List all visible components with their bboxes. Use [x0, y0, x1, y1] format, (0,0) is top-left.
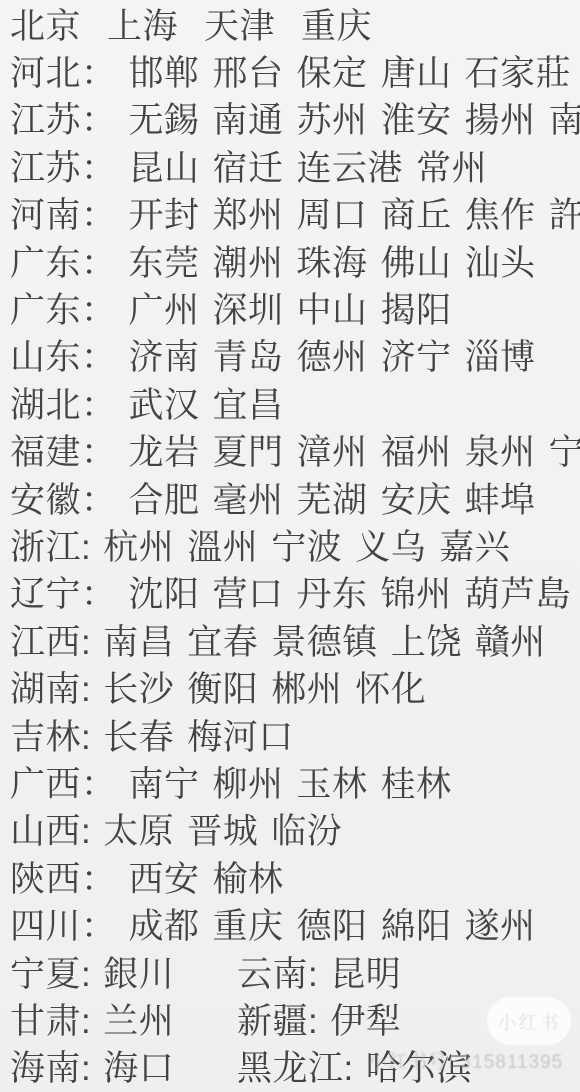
province-label: 海南:: [10, 1041, 91, 1091]
province-label: 江西:: [10, 615, 91, 665]
province-group: 湖北：武汉宜昌: [10, 378, 297, 428]
list-row: 江西:南昌宜春景德镇上饶贛州: [10, 616, 580, 663]
province-label: 辽宁：: [10, 567, 117, 617]
list-row: 四川：成都重庆德阳綿阳遂州: [10, 900, 580, 947]
city-name: 青岛: [213, 330, 284, 380]
city-name: 南通: [213, 93, 284, 143]
city-name: 济宁: [381, 330, 452, 380]
province-group: 辽宁：沈阳营口丹东锦州葫芦島: [10, 567, 580, 617]
city-name: 溫州: [187, 520, 258, 570]
city-name: 宜春: [187, 615, 258, 665]
city-name: 伊犁: [330, 994, 401, 1044]
city-name: 常州: [416, 141, 487, 191]
city-name: 遂州: [465, 899, 536, 949]
city-name: 夏門: [213, 425, 284, 475]
city-name: 保定: [297, 46, 368, 96]
city-name: 安庆: [381, 473, 452, 523]
city-name: 南京: [549, 93, 580, 143]
city-name: 綿阳: [381, 899, 452, 949]
city-name: 长春: [103, 710, 174, 760]
province-group: 河南：开封郑州周口商丘焦作許昌: [10, 188, 580, 238]
province-label: 山西:: [10, 804, 91, 854]
city-name: 佛山: [381, 236, 452, 286]
city-name: 汕头: [465, 236, 536, 286]
city-name: 毫州: [213, 473, 284, 523]
city-name: 揭阳: [381, 283, 452, 333]
city-name: 无錫: [129, 93, 200, 143]
city-name: 昆明: [330, 947, 401, 997]
city-name: 丹东: [297, 567, 368, 617]
list-row: 河南：开封郑州周口商丘焦作許昌: [10, 190, 580, 237]
list-row: 河北：邯郸邢台保定唐山石家莊: [10, 47, 580, 94]
city-name: 义乌: [355, 520, 426, 570]
city-name: 中山: [297, 283, 368, 333]
city-name: 重庆: [301, 0, 372, 49]
city-name: 泉州: [465, 425, 536, 475]
province-group: 广东：广州深圳中山揭阳: [10, 283, 465, 333]
city-name: 昆山: [129, 141, 200, 191]
province-label: 云南:: [237, 947, 318, 997]
city-name: 苏州: [297, 93, 368, 143]
province-label: 湖北：: [10, 378, 117, 428]
province-group: 陝西：西安榆林: [10, 852, 297, 902]
province-group: 福建：龙岩夏門漳州福州泉州宁德: [10, 425, 580, 475]
city-name: 宁波: [271, 520, 342, 570]
province-label: 新疆:: [237, 994, 318, 1044]
city-name: 衡阳: [187, 662, 258, 712]
city-name: 淄博: [465, 330, 536, 380]
province-group: 吉林:长春梅河口: [10, 710, 307, 760]
city-name: 上饶: [391, 615, 462, 665]
province-label: 广东：: [10, 283, 117, 333]
city-name: 嘉兴: [439, 520, 510, 570]
city-name: 怀化: [355, 662, 426, 712]
list-row: 广东：东莞潮州珠海佛山汕头: [10, 237, 580, 284]
province-label: 福建：: [10, 425, 117, 475]
city-name: 銀川: [103, 947, 174, 997]
city-name: 珠海: [297, 236, 368, 286]
city-name: 海口: [103, 1041, 174, 1091]
city-name: 漳州: [297, 425, 368, 475]
city-name: 景德镇: [271, 615, 378, 665]
city-name: 济南: [129, 330, 200, 380]
xiaohongshu-logo-text: 小红书: [497, 1008, 560, 1035]
city-name: 重庆: [213, 899, 284, 949]
city-name: 广州: [129, 283, 200, 333]
province-group: 甘肃:兰州: [10, 994, 237, 1044]
city-name: 临汾: [271, 804, 342, 854]
province-group: 山西:太原晋城临汾: [10, 804, 355, 854]
province-group: 江苏：昆山宿迁连云港常州: [10, 141, 500, 191]
city-name: 石家莊: [465, 46, 572, 96]
city-name: 武汉: [129, 378, 200, 428]
city-name: 揚州: [465, 93, 536, 143]
city-name: 芜湖: [297, 473, 368, 523]
city-name: 淮安: [381, 93, 452, 143]
list-row: 江苏：无錫南通苏州淮安揚州南京: [10, 95, 580, 142]
province-group: 云南:昆明: [237, 947, 414, 997]
city-name: 上海: [107, 0, 178, 49]
province-group: 广东：东莞潮州珠海佛山汕头: [10, 236, 549, 286]
province-group: 北京上海天津重庆: [10, 0, 398, 49]
province-label: 安徽：: [10, 473, 117, 523]
city-name: 邯郸: [129, 46, 200, 96]
city-name: 宁德: [549, 425, 580, 475]
city-name: 杭州: [103, 520, 174, 570]
province-label: 浙江:: [10, 520, 91, 570]
province-label: 江苏：: [10, 141, 117, 191]
city-name: 桂林: [381, 757, 452, 807]
city-name: 周口: [297, 188, 368, 238]
list-row: 北京上海天津重庆: [10, 0, 580, 47]
city-name: 許昌: [549, 188, 580, 238]
city-name: 沈阳: [129, 567, 200, 617]
province-label: 广西：: [10, 757, 117, 807]
city-name: 兰州: [103, 994, 174, 1044]
city-name: 宜昌: [213, 378, 284, 428]
city-name: 锦州: [381, 567, 452, 617]
province-label: 陝西：: [10, 852, 117, 902]
city-name: 南宁: [129, 757, 200, 807]
city-name: 焦作: [465, 188, 536, 238]
city-name: 商丘: [381, 188, 452, 238]
city-name: 梅河口: [187, 710, 294, 760]
city-name: 榆林: [213, 852, 284, 902]
city-name: 邢台: [213, 46, 284, 96]
city-name: 成都: [129, 899, 200, 949]
xiaohongshu-id-watermark: 小红书号: 315811395: [368, 1047, 563, 1074]
city-name: 长沙: [103, 662, 174, 712]
city-name: 天津: [204, 0, 275, 49]
city-name: 西安: [129, 852, 200, 902]
city-name: 蚌埠: [465, 473, 536, 523]
list-row: 宁夏:銀川云南:昆明: [10, 948, 580, 995]
city-name: 郑州: [213, 188, 284, 238]
province-group: 安徽：合肥毫州芜湖安庆蚌埠: [10, 473, 549, 523]
list-row: 浙江:杭州溫州宁波义乌嘉兴: [10, 521, 580, 568]
province-label: 湖南:: [10, 662, 91, 712]
province-label: 甘肃:: [10, 994, 91, 1044]
city-name: 开封: [129, 188, 200, 238]
province-label: 江苏：: [10, 93, 117, 143]
city-name: 南昌: [103, 615, 174, 665]
city-name: 宿迁: [213, 141, 284, 191]
list-row: 山西:太原晋城临汾: [10, 806, 580, 853]
province-list: 北京上海天津重庆河北：邯郸邢台保定唐山石家莊江苏：无錫南通苏州淮安揚州南京江苏：…: [10, 0, 580, 1090]
city-name: 玉林: [297, 757, 368, 807]
list-row: 广东：广州深圳中山揭阳: [10, 284, 580, 331]
list-row: 吉林:长春梅河口: [10, 711, 580, 758]
list-row: 陝西：西安榆林: [10, 853, 580, 900]
province-label: 河南：: [10, 188, 117, 238]
province-group: 海南:海口: [10, 1041, 237, 1091]
city-name: 东莞: [129, 236, 200, 286]
city-name: 连云港: [297, 141, 404, 191]
city-name: 郴州: [271, 662, 342, 712]
list-row: 辽宁：沈阳营口丹东锦州葫芦島: [10, 569, 580, 616]
city-name: 贛州: [475, 615, 546, 665]
city-name: 柳州: [213, 757, 284, 807]
province-group: 江苏：无錫南通苏州淮安揚州南京: [10, 93, 580, 143]
province-group: 浙江:杭州溫州宁波义乌嘉兴: [10, 520, 523, 570]
city-name: 葫芦島: [465, 567, 572, 617]
province-label: 四川：: [10, 899, 117, 949]
city-name: 晋城: [187, 804, 258, 854]
province-group: 四川：成都重庆德阳綿阳遂州: [10, 899, 549, 949]
province-group: 新疆:伊犁: [237, 994, 414, 1044]
list-row: 湖南:长沙衡阳郴州怀化: [10, 663, 580, 710]
city-name: 深圳: [213, 283, 284, 333]
list-row: 广西：南宁柳州玉林桂林: [10, 758, 580, 805]
city-name: 营口: [213, 567, 284, 617]
province-group: 江西:南昌宜春景德镇上饶贛州: [10, 615, 559, 665]
list-row: 山东：济南青岛德州济宁淄博: [10, 332, 580, 379]
list-row: 安徽：合肥毫州芜湖安庆蚌埠: [10, 474, 580, 521]
city-name: 合肥: [129, 473, 200, 523]
list-row: 湖北：武汉宜昌: [10, 379, 580, 426]
province-group: 河北：邯郸邢台保定唐山石家莊: [10, 46, 580, 96]
list-row: 福建：龙岩夏門漳州福州泉州宁德: [10, 427, 580, 474]
city-name: 德州: [297, 330, 368, 380]
province-label: 宁夏:: [10, 947, 91, 997]
city-name: 唐山: [381, 46, 452, 96]
city-name: 德阳: [297, 899, 368, 949]
province-label: 吉林:: [10, 710, 91, 760]
city-name: 太原: [103, 804, 174, 854]
city-name: 福州: [381, 425, 452, 475]
province-group: 宁夏:銀川: [10, 947, 237, 997]
city-name: 潮州: [213, 236, 284, 286]
xiaohongshu-logo-watermark: 小红书: [487, 997, 571, 1045]
list-row: 江苏：昆山宿迁连云港常州: [10, 142, 580, 189]
province-label: 山东：: [10, 330, 117, 380]
city-name: 龙岩: [129, 425, 200, 475]
province-label: 黑龙江:: [237, 1041, 354, 1091]
province-group: 山东：济南青岛德州济宁淄博: [10, 330, 549, 380]
province-group: 广西：南宁柳州玉林桂林: [10, 757, 465, 807]
province-group: 湖南:长沙衡阳郴州怀化: [10, 662, 439, 712]
province-label: 广东：: [10, 236, 117, 286]
city-name: 北京: [10, 0, 81, 49]
province-label: 河北：: [10, 46, 117, 96]
